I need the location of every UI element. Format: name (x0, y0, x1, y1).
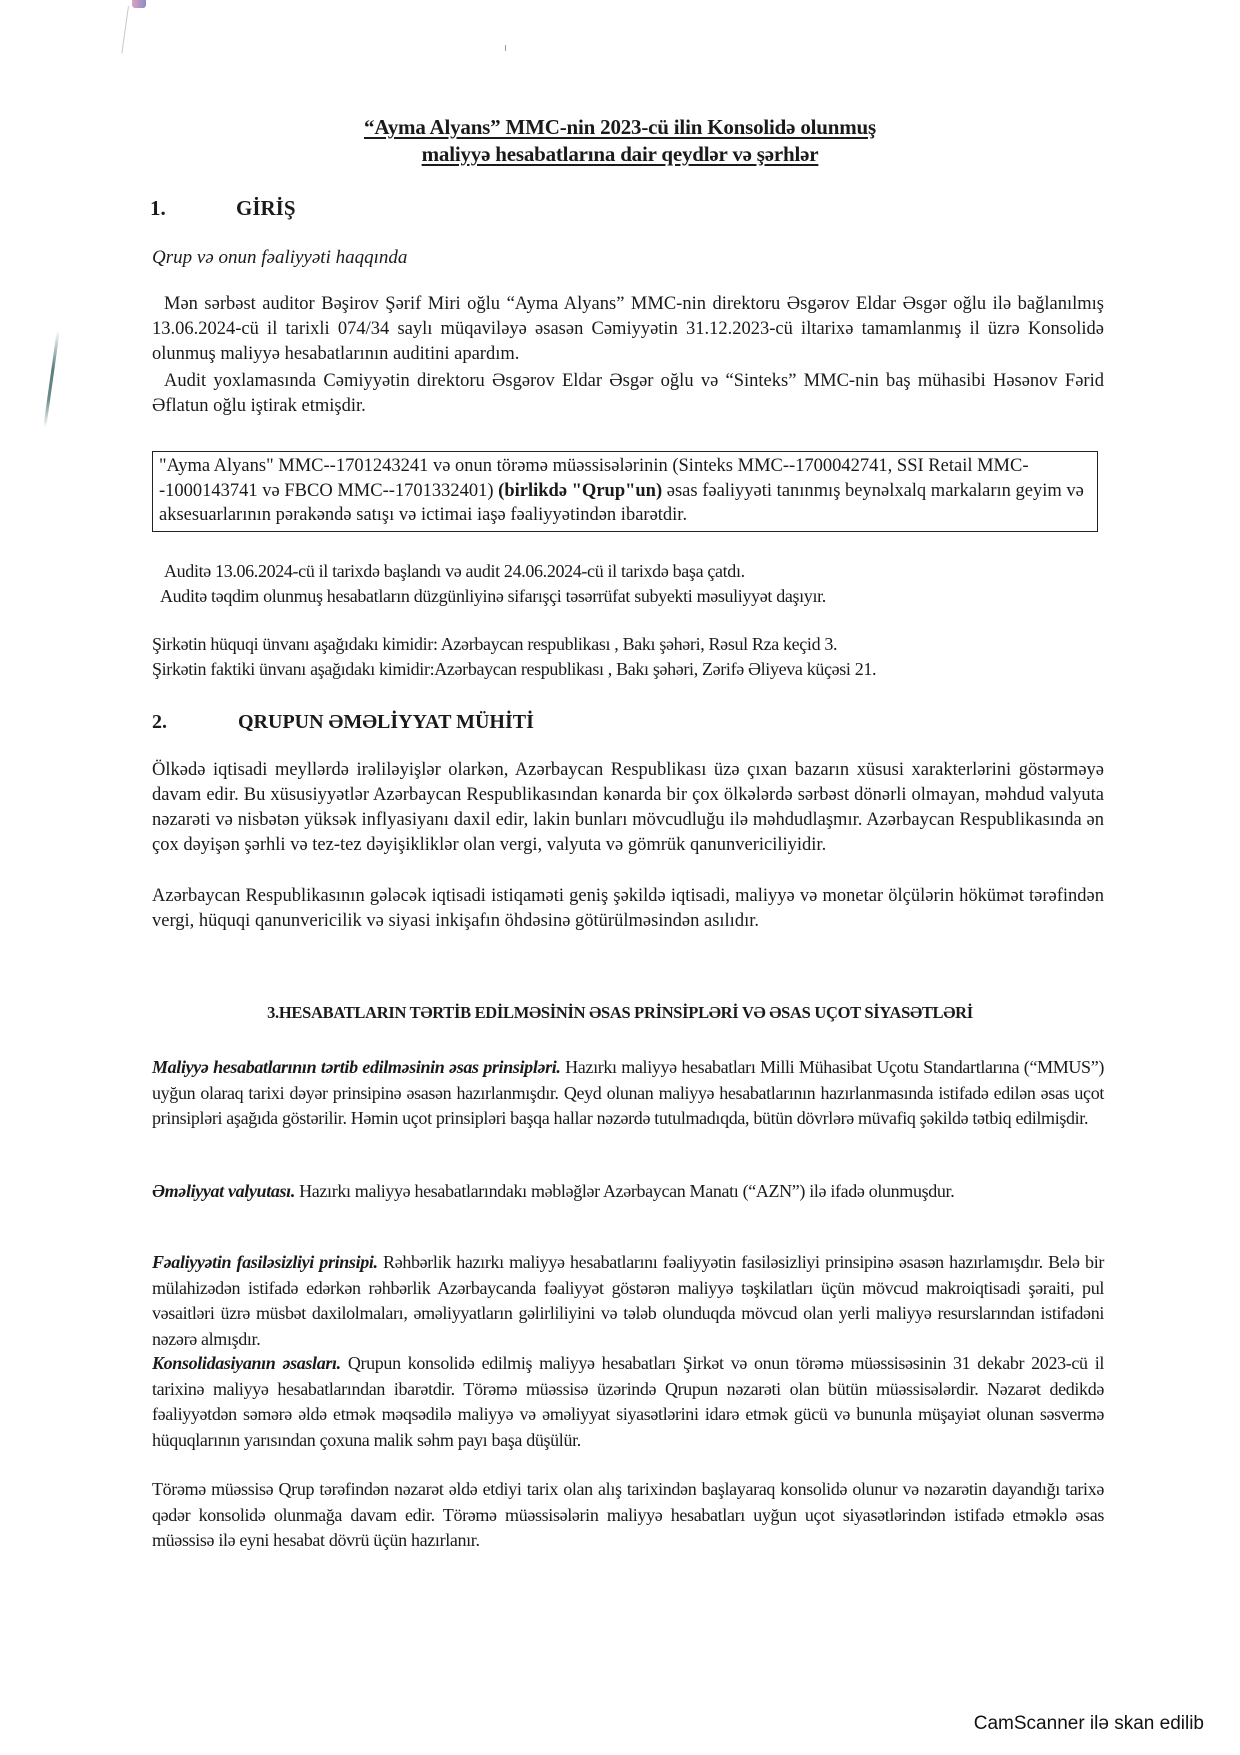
title-line-2: maliyyə hesabatlarına dair qeydlər və şə… (0, 141, 1240, 168)
camscanner-watermark: CamScanner ilə skan edilib (974, 1713, 1204, 1735)
intro-text: Mən sərbəst auditor Bəşirov Şərif Miri o… (152, 294, 1104, 364)
section-1-heading: 1.GİRİŞ (150, 196, 296, 221)
currency-paragraph: Əməliyyat valyutası. Hazırkı maliyyə hes… (152, 1179, 1104, 1205)
scan-artifact-top (132, 0, 146, 8)
section-2-heading: 2.QRUPUN ƏMƏLİYYAT MÜHİTİ (152, 711, 534, 734)
going-concern-paragraph: Fəaliyyətin fasiləsizliyi prinsipi. Rəhb… (152, 1250, 1104, 1352)
principles-paragraph: Maliyyə hesabatlarının tərtib edilməsini… (152, 1055, 1104, 1132)
consolidation-paragraph: Konsolidasiyanın əsasları. Qrupun konsol… (152, 1351, 1104, 1453)
going-concern-lead: Fəaliyyətin fasiləsizliyi prinsipi. (152, 1252, 378, 1272)
operating-environment-paragraph-2: Azərbaycan Respublikasının gələcək iqtis… (152, 884, 1104, 934)
margin-pen-stroke (43, 330, 60, 427)
currency-text: Hazırkı maliyyə hesabatlarındakı məbləğl… (295, 1181, 954, 1201)
title-line-1: “Ayma Alyans” MMC-nin 2023-cü ilin Konso… (0, 114, 1240, 141)
principles-lead: Maliyyə hesabatlarının tərtib edilməsini… (152, 1057, 561, 1077)
participants-paragraph: Audit yoxlamasında Cəmiyyətin direktoru … (152, 369, 1104, 419)
responsibility-text: Auditə təqdim olunmuş hesabatların düzgü… (160, 586, 826, 606)
scan-artifact-line (121, 6, 129, 54)
responsibility-paragraph: Auditə təqdim olunmuş hesabatların düzgü… (152, 584, 1104, 610)
section-1-subheading: Qrup və onun fəaliyyəti haqqında (152, 247, 407, 269)
section-2-title: QRUPUN ƏMƏLİYYAT MÜHİTİ (238, 711, 534, 733)
section-3-heading: 3.HESABATLARIN TƏRTİB EDİLMƏSİNİN ƏSAS P… (0, 1003, 1240, 1023)
scan-artifact-tick (505, 45, 506, 51)
subsidiaries-paragraph: Törəmə müəssisə Qrup tərəfindən nəzarət … (152, 1477, 1104, 1554)
consolidation-lead: Konsolidasiyanın əsasları. (152, 1353, 341, 1373)
operating-environment-paragraph-1: Ölkədə iqtisadi meyllərdə irəliləyişlər … (152, 758, 1104, 858)
currency-lead: Əməliyyat valyutası. (152, 1181, 295, 1201)
participants-text: Audit yoxlamasında Cəmiyyətin direktoru … (152, 371, 1104, 416)
intro-paragraph: Mən sərbəst auditor Bəşirov Şərif Miri o… (152, 292, 1104, 367)
audit-dates-paragraph: Auditə 13.06.2024-cü il tarixdə başlandı… (152, 559, 1104, 585)
audit-dates-text: Auditə 13.06.2024-cü il tarixdə başlandı… (164, 561, 745, 581)
section-1-number: 1. (150, 196, 236, 221)
actual-address: Şirkətin faktiki ünvanı aşağıdakı kimidi… (152, 657, 1104, 683)
box-text-bold: (birlikdə "Qrup"un) (498, 481, 662, 501)
legal-address: Şirkətin hüquqi ünvanı aşağıdakı kimidir… (152, 632, 1104, 658)
group-activity-box: "Ayma Alyans" MMC--1701243241 və onun tö… (152, 451, 1098, 532)
section-2-number: 2. (152, 711, 238, 734)
document-title: “Ayma Alyans” MMC-nin 2023-cü ilin Konso… (0, 114, 1240, 168)
section-1-title: GİRİŞ (236, 196, 296, 220)
